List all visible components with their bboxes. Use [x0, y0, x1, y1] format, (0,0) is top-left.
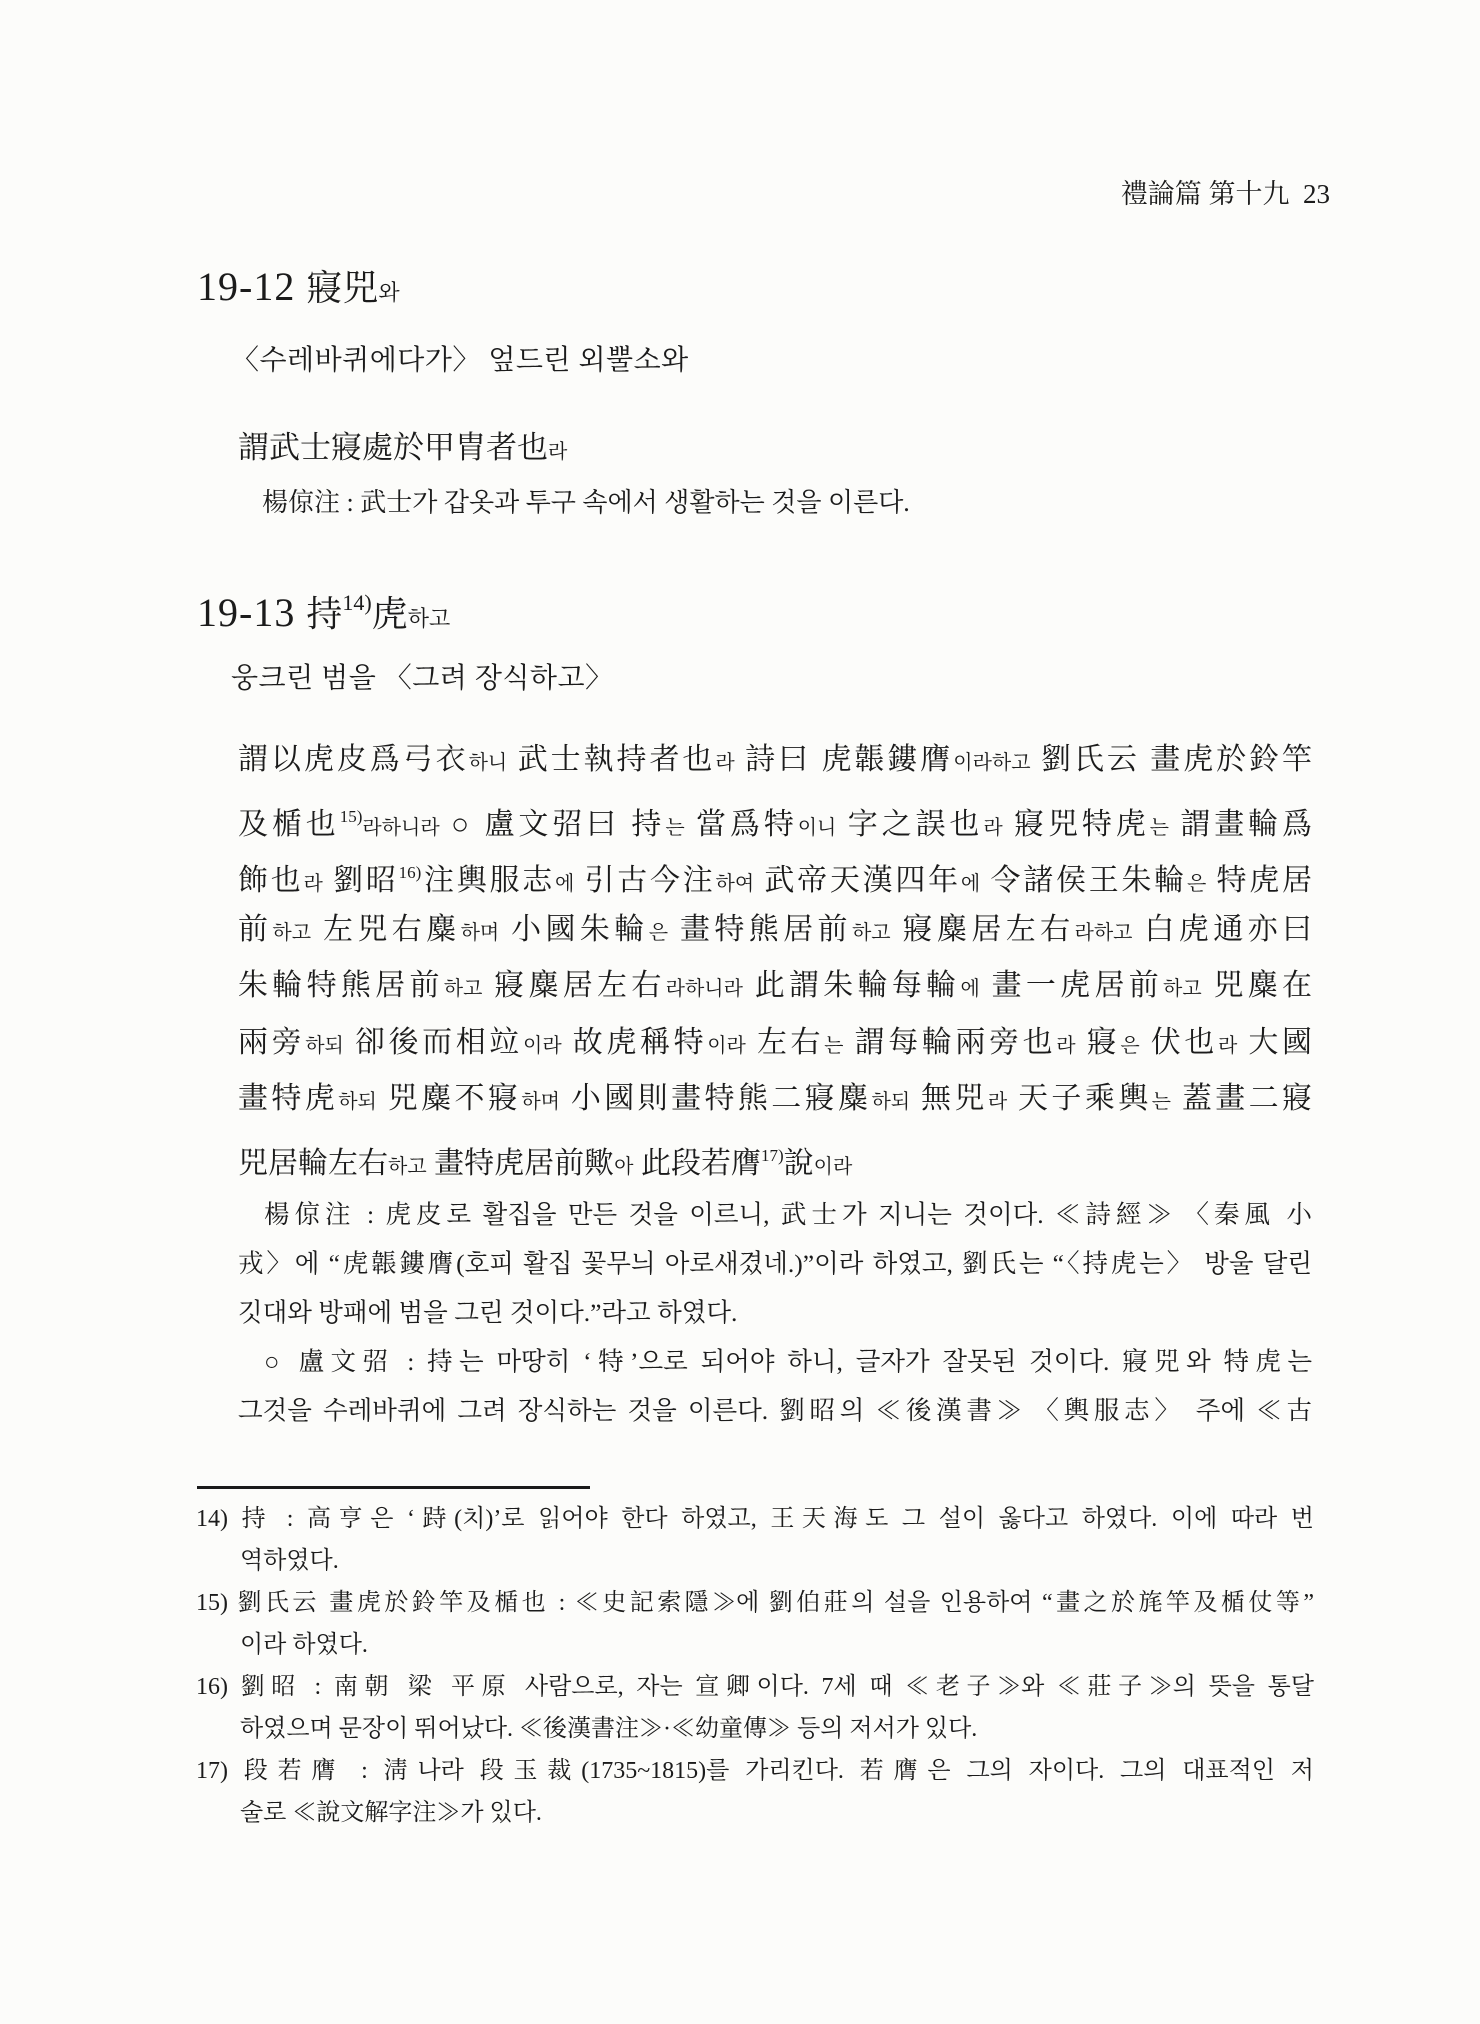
text-run: 武帝天漢四年	[754, 864, 961, 897]
footnotes-block: 14) 持 : 高亨은 ‘跱(치)’로 읽어야 한다 하였고, 王天海도 그 설…	[196, 1498, 1314, 1834]
text-run: 此謂朱輪每輪	[743, 969, 961, 1002]
text-run: 라하고	[1075, 922, 1133, 944]
text-run: 左兕右麋	[311, 913, 461, 946]
section-19-12-source-text: 謂武士寢處於甲胄者也라	[238, 422, 567, 467]
text-run: 謂以虎皮爲弓衣	[238, 743, 469, 776]
text-run: 此段若膺	[633, 1147, 761, 1180]
text-run: 하니	[469, 752, 508, 774]
text-line: 謂以虎皮爲弓衣하니 武士執持者也라 詩曰 虎韔鏤膺이라하고 劉氏云 畫虎於鈴竿	[238, 732, 1312, 789]
text-run: 에	[960, 978, 979, 1000]
text-run: 에	[961, 873, 980, 895]
text-line: 그것을 수레바퀴에 그려 장식하는 것을 이른다. 劉昭의 ≪後漢書≫ 〈輿服志…	[238, 1386, 1312, 1435]
text-line: 하였으며 문장이 뛰어났다. ≪後漢書注≫·≪幼童傳≫ 등의 저서가 있다.	[196, 1708, 1314, 1750]
text-run: 이니	[798, 817, 837, 839]
text-run: 는	[824, 1035, 843, 1057]
text-run: 虎	[372, 594, 408, 634]
text-run: 하며	[461, 922, 500, 944]
text-run: 19-13	[197, 590, 306, 635]
text-run: 左右	[746, 1026, 824, 1059]
book-page: 禮論篇 第十九 23 19-12 寢兕와 〈수레바퀴에다가〉 엎드린 외뿔소와 …	[0, 0, 1480, 2024]
text-line: 16) 劉昭 : 南朝 梁 平原 사람으로, 자는 宣卿이다. 7세 때 ≪老子…	[196, 1666, 1314, 1708]
text-run: 하고	[852, 922, 891, 944]
text-line: 畫特虎하되 兕麋不寢하며 小國則畫特熊二寢麋하되 無兕라 天子乘輿는 蓋畫二寢	[238, 1071, 1312, 1128]
text-run: 劉氏云 畫虎於鈴竿	[1031, 743, 1313, 776]
text-run: 하고	[444, 978, 483, 1000]
text-run: 引古今注	[574, 864, 715, 897]
text-run: 에	[555, 873, 574, 895]
text-line: 14) 持 : 高亨은 ‘跱(치)’로 읽어야 한다 하였고, 王天海도 그 설…	[196, 1498, 1314, 1540]
text-run: 하되	[871, 1091, 910, 1113]
running-header: 禮論篇 第十九 23	[0, 172, 1330, 211]
text-run: 朱輪特熊居前	[238, 969, 444, 1002]
text-run: 하고	[388, 1156, 427, 1178]
text-run: 蓋畫二寢	[1171, 1082, 1312, 1115]
text-run: 特虎居	[1206, 864, 1312, 897]
footnote-ref: 16)	[399, 863, 422, 882]
text-run: 畫特虎	[238, 1082, 338, 1115]
commentary-block: 謂以虎皮爲弓衣하니 武士執持者也라 詩曰 虎韔鏤膺이라하고 劉氏云 畫虎於鈴竿及…	[238, 732, 1312, 1184]
text-run: 이라	[707, 1035, 746, 1057]
text-run: 畫特虎居前歟	[427, 1147, 615, 1180]
section-heading-19-13: 19-13 持14)虎하고	[197, 586, 450, 637]
text-run: 大國	[1237, 1026, 1312, 1059]
text-run: 寢兕特虎	[1003, 808, 1150, 841]
text-run: 卻後而相竝	[344, 1026, 523, 1059]
text-run: 伏也	[1140, 1026, 1218, 1059]
text-run: 하고	[272, 922, 311, 944]
text-line: 前하고 左兕右麋하며 小國朱輪은 畫特熊居前하고 寢麋居左右라하고 白虎通亦曰	[238, 902, 1312, 959]
text-run: 하여	[716, 873, 755, 895]
text-run: 小國則畫特熊二寢麋	[560, 1082, 871, 1115]
text-line: 朱輪特熊居前하고 寢麋居左右라하니라 此謂朱輪每輪에 畫一虎居前하고 兕麋在	[238, 958, 1312, 1015]
text-run: 字之誤也	[836, 808, 983, 841]
text-run: 이라하고	[953, 752, 1030, 774]
text-run: 故虎稱特	[562, 1026, 708, 1059]
footnote-divider	[197, 1486, 590, 1489]
text-run: 하되	[338, 1091, 377, 1113]
text-run: 이라	[523, 1035, 562, 1057]
text-run: 는	[665, 817, 684, 839]
text-run: 當爲特	[685, 808, 798, 841]
text-run: ○ 盧文弨曰 持	[440, 808, 666, 841]
text-run: 라	[715, 752, 734, 774]
text-line: 兩旁하되 卻後而相竝이라 故虎稱特이라 左右는 謂每輪兩旁也라 寢은 伏也라 大…	[238, 1015, 1312, 1072]
text-run: 은	[1187, 873, 1206, 895]
text-line: 깃대와 방패에 범을 그린 것이다.”라고 하였다.	[238, 1288, 1312, 1337]
footnote-ref: 14)	[342, 590, 371, 615]
text-run: 寢麋居左右	[482, 969, 665, 1002]
text-run: 하고	[1163, 978, 1202, 1000]
text-run: 兕麋不寢	[377, 1082, 522, 1115]
text-run: 라	[1056, 1035, 1075, 1057]
text-run: 畫一虎居前	[980, 969, 1163, 1002]
text-run: 와	[378, 280, 399, 305]
text-run: 兕麋在	[1202, 969, 1312, 1002]
text-run: 兩旁	[238, 1026, 305, 1059]
section-19-12-gloss: 〈수레바퀴에다가〉 엎드린 외뿔소와	[231, 338, 689, 378]
text-line: 역하였다.	[196, 1540, 1314, 1582]
section-heading-19-12: 19-12 寢兕와	[197, 260, 400, 311]
translation-block: 楊倞注 : 虎皮로 활집을 만든 것을 이르니, 武士가 지니는 것이다. ≪詩…	[238, 1190, 1312, 1435]
text-line: 이라 하였다.	[196, 1624, 1314, 1666]
footnote-ref: 15)	[340, 807, 363, 826]
text-run: 는	[1150, 817, 1169, 839]
text-run: 라	[548, 441, 567, 463]
text-run: 라	[1218, 1035, 1237, 1057]
section-19-12-note: 楊倞注 : 武士가 갑옷과 투구 속에서 생활하는 것을 이른다.	[262, 482, 910, 519]
text-line: 戎〉에 “虎韔鏤膺(호피 활집 꽃무늬 아로새겼네.)”이라 하였고, 劉氏는 …	[238, 1239, 1312, 1288]
text-run: 이라	[814, 1156, 853, 1178]
text-run: 하되	[305, 1035, 344, 1057]
text-run: 持	[306, 594, 342, 634]
text-run: 無兕	[910, 1082, 988, 1115]
text-run: 아	[614, 1156, 633, 1178]
section-19-13-gloss: 웅크린 범을 〈그려 장식하고〉	[231, 656, 614, 696]
text-line: 술로 ≪說文解字注≫가 있다.	[196, 1792, 1314, 1834]
text-run: 前	[238, 913, 272, 946]
text-run: 天子乘輿	[1007, 1082, 1152, 1115]
text-run: 畫特熊居前	[668, 913, 852, 946]
text-run: 說	[784, 1147, 814, 1180]
text-run: 寢麋居左右	[891, 913, 1075, 946]
text-run: 은	[649, 922, 668, 944]
text-run: 謂武士寢處於甲胄者也	[238, 430, 548, 465]
text-run: 及楯也	[238, 808, 340, 841]
text-run: 令諸侯王朱輪	[980, 864, 1187, 897]
text-run: 注輿服志	[421, 864, 555, 897]
text-run: 하며	[521, 1091, 560, 1113]
text-run: 詩曰 虎韔鏤膺	[735, 743, 954, 776]
text-line: 飾也라 劉昭16)注輿服志에 引古今注하여 武帝天漢四年에 令諸侯王朱輪은 特虎…	[238, 845, 1312, 902]
text-line: 兕居輪左右하고 畫特虎居前歟아 此段若膺17)說이라	[238, 1128, 1312, 1185]
text-run: 謂畫輪爲	[1169, 808, 1312, 841]
text-line: 15) 劉氏云 畫虎於鈴竿及楯也 : ≪史記索隱≫에 劉伯莊의 설을 인용하여 …	[196, 1582, 1314, 1624]
text-run: 라	[988, 1091, 1007, 1113]
text-run: 는	[1152, 1091, 1171, 1113]
text-line: 17) 段若膺 : 淸나라 段玉裁(1735~1815)를 가리킨다. 若膺은 …	[196, 1750, 1314, 1792]
text-run: 劉昭	[323, 864, 399, 897]
text-line: ○ 盧文弨 : 持는 마땅히 ‘特’으로 되어야 하니, 글자가 잘못된 것이다…	[238, 1337, 1312, 1386]
text-run: 謂每輪兩旁也	[844, 1026, 1057, 1059]
text-run: 白虎通亦曰	[1133, 913, 1313, 946]
text-run: 라	[983, 817, 1002, 839]
text-run: 하고	[408, 606, 451, 631]
text-run: 寢兕	[306, 268, 378, 308]
text-run: 飾也	[238, 864, 304, 897]
text-run: 19-12	[197, 264, 306, 309]
text-line: 及楯也15)라하니라 ○ 盧文弨曰 持는 當爲特이니 字之誤也라 寢兕特虎는 謂…	[238, 789, 1312, 846]
text-line: 楊倞注 : 虎皮로 활집을 만든 것을 이르니, 武士가 지니는 것이다. ≪詩…	[238, 1190, 1312, 1239]
text-run: 라하니라	[666, 978, 743, 1000]
text-run: 라	[304, 873, 323, 895]
text-run: 武士執持者也	[507, 743, 715, 776]
text-run: 小國朱輪	[499, 913, 649, 946]
text-run: 寢	[1076, 1026, 1121, 1059]
text-run: 라하니라	[362, 817, 439, 839]
text-run: 은	[1120, 1035, 1139, 1057]
text-run: 兕居輪左右	[238, 1147, 388, 1180]
footnote-ref: 17)	[761, 1146, 784, 1165]
